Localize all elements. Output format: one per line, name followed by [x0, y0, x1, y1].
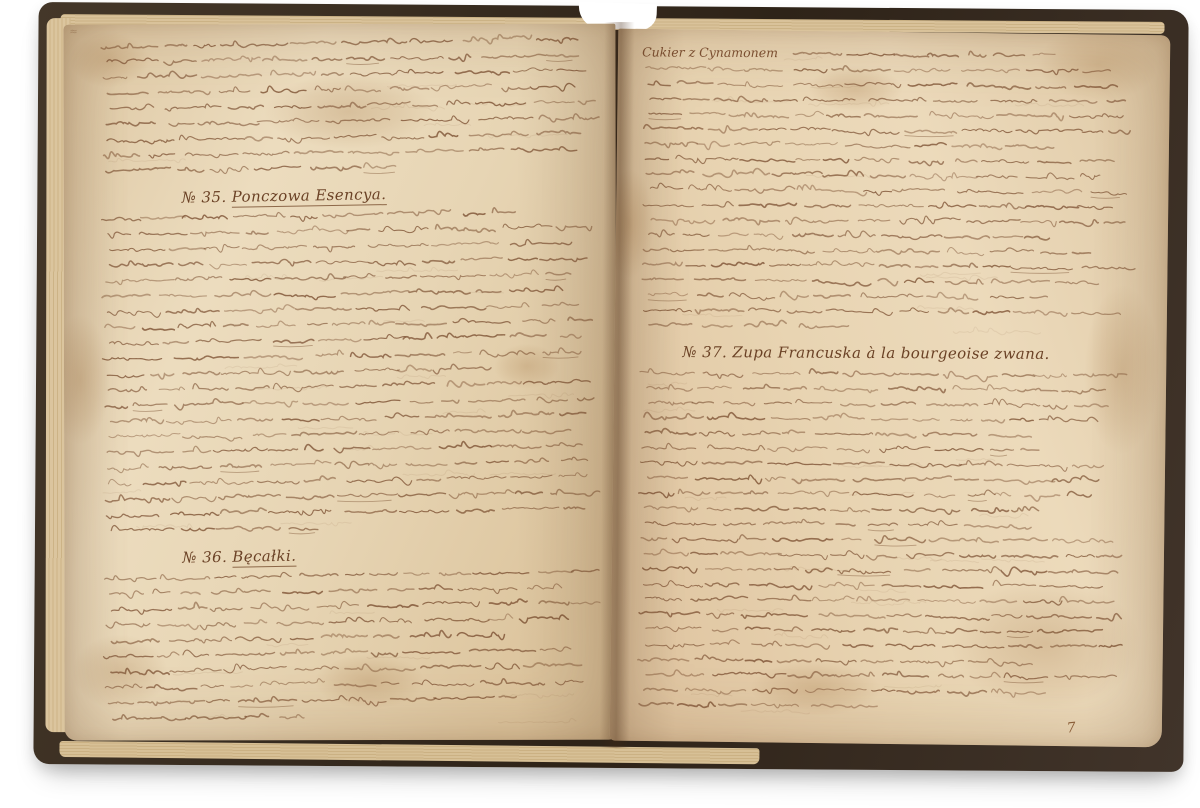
photo-scene: ≈ № 35. Ponczowa Esencya.№ 36. Bęcałki. … — [0, 0, 1200, 808]
left-page-text: № 35. Ponczowa Esencya.№ 36. Bęcałki. — [99, 34, 600, 733]
handwriting-block — [634, 362, 1134, 725]
recipe-title: Ponczowa Esencya. — [232, 185, 387, 208]
recipe-title: Bęcałki. — [232, 547, 296, 568]
recipe-number: № 37. — [682, 343, 727, 361]
recipe-heading: № 37. Zupa Francuska à la bourgeoise zwa… — [682, 342, 1134, 366]
handwriting-block — [639, 43, 1139, 346]
page-number: 7 — [1066, 720, 1076, 737]
corner-mark: ≈ — [69, 27, 77, 38]
handwriting-block — [99, 34, 599, 185]
right-page: Cukier z Cynamonem № 37. Zupa Francuska … — [610, 29, 1171, 748]
handwriting-block — [100, 206, 601, 544]
recipe-title: Zupa Francuska à la bourgeoise zwana. — [732, 343, 1049, 363]
left-page: ≈ № 35. Ponczowa Esencya.№ 36. Bęcałki. — [63, 24, 616, 741]
opening-words: Cukier z Cynamonem — [642, 44, 792, 60]
handwriting-block — [100, 566, 600, 733]
recipe-number: № 36. — [182, 548, 227, 567]
manuscript-book: ≈ № 35. Ponczowa Esencya.№ 36. Bęcałki. … — [33, 2, 1188, 772]
recipe-number: № 35. — [182, 188, 227, 207]
right-page-text: № 37. Zupa Francuska à la bourgeoise zwa… — [634, 43, 1138, 725]
